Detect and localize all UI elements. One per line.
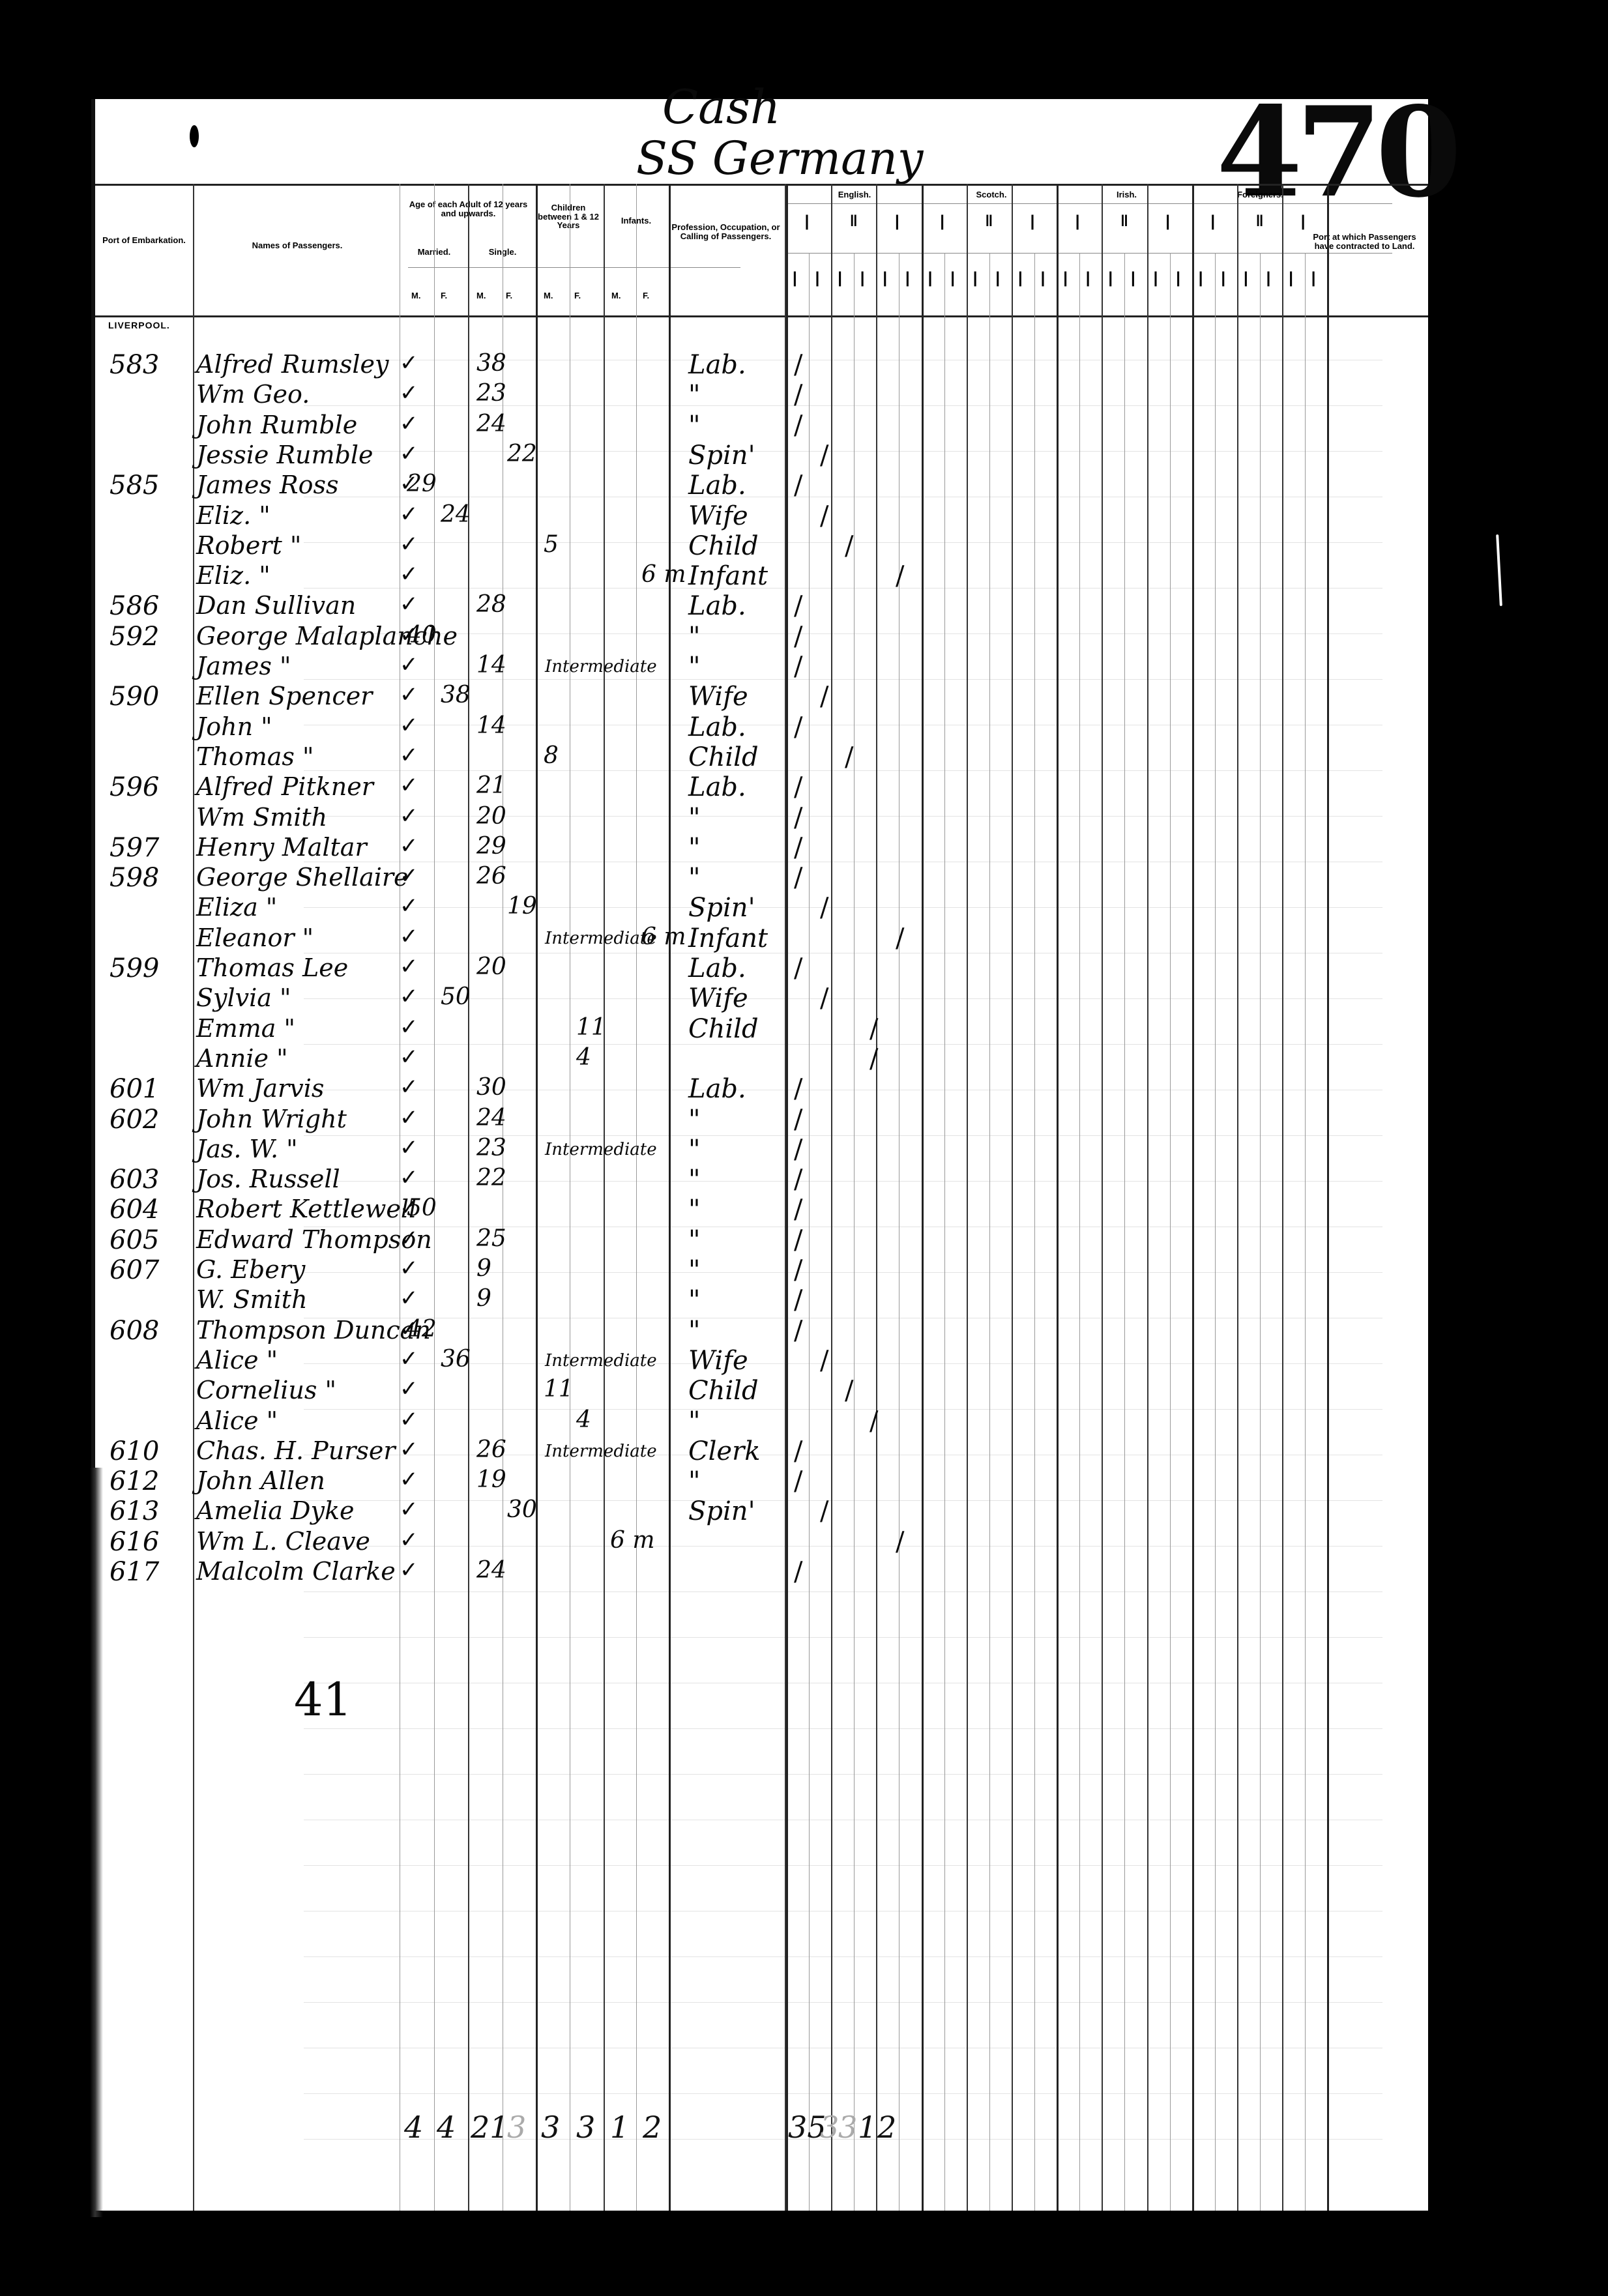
passenger-age: 9 [476,1285,491,1312]
passenger-name: Chas. H. Purser [196,1436,396,1465]
passenger-row: 607G. Ebery✓9"/ [95,1255,1428,1285]
mf-marker: | [1131,270,1135,286]
header-mf-single-f: F. [506,291,512,300]
tally-mark: / [820,1496,828,1526]
tally-mark: / [794,380,802,410]
mf-marker: | [1221,270,1225,286]
ticket-number: 613 [110,1496,159,1526]
passenger-name: John Wright [196,1105,347,1133]
total-english-col5: 2 [877,2110,896,2145]
ticket-number: 608 [110,1316,159,1346]
check-mark: ✓ [400,1466,418,1492]
check-mark: ✓ [400,1105,418,1131]
header-bottom-rule [95,315,1428,317]
ticket-number: 603 [110,1165,159,1195]
total-married-f: 4 [437,2110,456,2145]
occupation: " [688,1225,700,1255]
class-note: Intermediate [545,1140,657,1159]
passenger-age: 22 [476,1165,506,1191]
ledger-rule [304,1637,1382,1638]
check-mark: ✓ [400,350,418,376]
check-mark: ✓ [400,531,418,557]
mf-marker: | [995,270,1000,286]
passenger-row: 586Dan Sullivan✓28Lab./ [95,591,1428,621]
passenger-age: 14 [476,652,506,678]
check-mark: ✓ [400,561,418,587]
passenger-name: G. Ebery [196,1255,305,1284]
mf-marker: | [883,270,887,286]
occupation: Wife [688,682,748,712]
ticket-number: 585 [110,471,159,501]
occupation: " [688,652,700,682]
occupation: Infant [688,923,768,953]
passenger-name: John Allen [196,1466,325,1495]
passenger-name: John Rumble [196,411,357,439]
tally-mark: / [845,1376,853,1406]
mf-marker: | [1154,270,1158,286]
header-top-rule [95,184,1428,186]
tally-mark: / [794,1255,802,1285]
passenger-age: 50 [441,983,471,1010]
passenger-age: 30 [507,1496,537,1523]
ticket-number: 607 [110,1255,159,1285]
occupation: Lab. [688,350,746,380]
mf-marker: | [1018,270,1023,286]
passenger-name: Eliz. " [196,501,270,530]
occupation: Child [688,742,759,772]
check-mark: ✓ [400,652,418,678]
occupation: Spin' [688,1496,755,1526]
passenger-name: George Shellaire [196,863,409,892]
header-profession: Profession, Occupation, or Calling of Pa… [669,223,783,240]
passenger-name: Alice " [196,1406,278,1435]
passenger-name: Ellen Spencer [196,682,372,710]
check-mark: ✓ [400,923,418,950]
header-names: Names of Passengers. [196,241,398,250]
occupation: Child [688,1376,759,1406]
tally-mark: / [820,1346,828,1376]
nationality-subcol-marker: | [1301,213,1306,229]
check-mark: ✓ [400,411,418,437]
passenger-age: 24 [476,1105,506,1131]
mf-marker: | [1176,270,1180,286]
header-foreigners: Foreigners. [1193,190,1327,199]
passenger-row: 602John Wright✓24"/ [95,1105,1428,1135]
passenger-name: W. Smith [196,1285,308,1314]
passenger-age: 20 [476,803,506,830]
check-mark: ✓ [400,772,418,798]
passenger-age: 23 [476,380,506,407]
check-mark: ✓ [400,1044,418,1070]
passenger-row: Emma "✓11Child/ [95,1014,1428,1044]
occupation: " [688,1316,700,1346]
scanner-margin-mark [1496,534,1502,606]
passenger-row: John Rumble✓24"/ [95,411,1428,441]
check-mark: ✓ [400,742,418,768]
passenger-row: Robert "✓5Child/ [95,531,1428,561]
port-section-label: LIVERPOOL. [108,321,170,330]
passenger-age: 24 [476,1557,506,1584]
passenger-age: 28 [476,591,506,618]
passenger-row: Alice "✓36IntermediateWife/ [95,1346,1428,1376]
check-mark: ✓ [400,1527,418,1553]
passenger-age: 29 [407,471,437,497]
ticket-number: 583 [110,350,159,380]
ledger-rule [304,1820,1382,1820]
mf-marker: | [1041,270,1045,286]
passenger-age: 25 [476,1225,506,1252]
tally-mark: / [870,1406,878,1436]
passenger-row: 596Alfred Pitkner✓21Lab./ [95,772,1428,802]
total-married-m: 4 [404,2110,423,2145]
passenger-age: 11 [576,1014,606,1041]
mf-marker: | [950,270,955,286]
occupation: " [688,863,700,893]
passenger-name: Eliz. " [196,561,270,590]
passenger-row: 592George Malaplanche✓40"/ [95,622,1428,652]
column-totals: 4 4 21 3 3 3 1 2 35 3 3 1 2 [95,2110,1428,2149]
passenger-age: 9 [476,1255,491,1282]
passenger-name: Thomas " [196,742,314,771]
total-english-col3: 3 [838,2110,857,2145]
occupation: " [688,833,700,863]
header-mf-single-m: M. [476,291,486,300]
ticket-number: 592 [110,622,159,652]
passenger-row: 585James Ross✓29Lab./ [95,471,1428,501]
passenger-age: 20 [476,953,506,980]
mf-marker: | [1289,270,1293,286]
mf-marker: | [973,270,978,286]
passenger-age: 26 [476,1436,506,1463]
mf-marker: | [1266,270,1271,286]
ship-name: SS Germany [636,132,923,185]
passenger-age: 21 [476,772,506,799]
nationality-subcol-marker: ‖ [850,213,858,229]
ledger-rule [304,1956,1382,1957]
mf-marker: | [1108,270,1113,286]
ticket-number: 586 [110,591,159,621]
tally-mark: / [794,772,802,802]
mf-marker: | [793,270,797,286]
class-note: Intermediate [545,657,657,676]
check-mark: ✓ [400,1436,418,1462]
passenger-row: Eleanor "✓6 mIntermediateInfant/ [95,923,1428,953]
passenger-row: 610Chas. H. Purser✓26IntermediateClerk/ [95,1436,1428,1466]
check-mark: ✓ [400,1406,418,1432]
passenger-name: Eleanor " [196,923,314,952]
passenger-row: 608Thompson Duncan✓42"/ [95,1316,1428,1346]
passenger-name: Wm L. Cleave [196,1527,370,1556]
occupation: Lab. [688,772,746,802]
check-mark: ✓ [400,803,418,829]
occupation: Infant [688,561,768,591]
passenger-row: Wm Geo.✓23"/ [95,380,1428,410]
total-infant-m: 1 [610,2110,629,2145]
passenger-row: Annie "✓4/ [95,1044,1428,1074]
class-note: Intermediate [545,1442,657,1461]
passenger-row: John "✓14Lab./ [95,712,1428,742]
total-english-col4: 1 [858,2110,877,2145]
passenger-row: 603Jos. Russell✓22"/ [95,1165,1428,1195]
tally-mark: / [896,923,904,953]
nationality-subcol-marker: | [940,213,944,229]
passenger-name: John " [196,712,272,741]
check-mark: ✓ [400,1557,418,1583]
passenger-name: Wm Jarvis [196,1074,324,1103]
class-note: Intermediate [545,929,657,948]
tally-mark: / [794,1225,802,1255]
nationality-subcol-marker: ‖ [1120,213,1128,229]
ticket-number: 596 [110,772,159,802]
passenger-row: 612John Allen✓19"/ [95,1466,1428,1496]
passenger-row: Eliz. "✓24Wife/ [95,501,1428,531]
occupation: " [688,411,700,441]
passenger-name: Annie " [196,1044,288,1073]
header-scotch: Scotch. [923,190,1060,199]
tally-mark: / [794,953,802,983]
total-child-f: 3 [576,2110,595,2145]
passenger-row: 617Malcolm Clarke✓24/ [95,1557,1428,1587]
tally-mark: / [870,1014,878,1044]
ledger-rule [304,2048,1382,2048]
occupation: " [688,1165,700,1195]
passenger-age: 24 [476,411,506,437]
passenger-age: 19 [476,1466,506,1493]
occupation: Lab. [688,712,746,742]
passenger-row: Eliz. "✓6 mInfant/ [95,561,1428,591]
occupation: Clerk [688,1436,760,1466]
header-mf-infant-f: F. [643,291,649,300]
tally-mark: / [794,803,802,833]
check-mark: ✓ [400,1496,418,1522]
nationality-subcol-marker: | [1031,213,1035,229]
passenger-row: James "✓14Intermediate"/ [95,652,1428,682]
tally-mark: / [794,1466,802,1496]
occupation: Spin' [688,441,755,471]
passenger-name: Dan Sullivan [196,591,356,620]
passenger-name: Wm Geo. [196,380,310,409]
header-mf-child-f: F. [574,291,581,300]
nationality-subcol-marker: | [1165,213,1170,229]
check-mark: ✓ [400,712,418,738]
ticket-number: 616 [110,1527,159,1557]
passenger-row: Thomas "✓8Child/ [95,742,1428,772]
passenger-age: 50 [407,1195,437,1221]
passenger-age: 6 m [641,561,686,588]
passenger-age: 4 [576,1044,591,1071]
passenger-age: 4 [576,1406,591,1433]
occupation: Spin' [688,893,755,923]
tally-mark: / [794,712,802,742]
passenger-name: Cornelius " [196,1376,336,1404]
occupation: Lab. [688,953,746,983]
nationality-subcol-marker: | [1210,213,1215,229]
passenger-row: 605Edward Thompson✓25"/ [95,1225,1428,1255]
tally-mark: / [820,682,828,712]
passenger-name: Sylvia " [196,983,291,1012]
passenger-name: Jessie Rumble [196,441,373,469]
occupation: Child [688,1014,759,1044]
passenger-age: 36 [441,1346,471,1373]
passenger-age: 29 [476,833,506,860]
occupation: Wife [688,501,748,531]
tally-mark: / [794,350,802,380]
mf-marker: | [1086,270,1090,286]
ticket-number: 598 [110,863,159,893]
nationality-subcol-marker: ‖ [985,213,993,229]
passenger-name: James " [196,652,291,680]
tally-mark: / [794,833,802,863]
ticket-number: 610 [110,1436,159,1466]
check-mark: ✓ [400,1346,418,1372]
ledger-rule [304,1774,1382,1775]
passenger-row: 604Robert Kettlewell✓50"/ [95,1195,1428,1225]
passenger-name: Henry Maltar [196,833,367,862]
passenger-row: Jessie Rumble✓22Spin'/ [95,441,1428,471]
passenger-name: Alfred Pitkner [196,772,373,801]
ledger-rule [304,2093,1382,2094]
passenger-age: 42 [407,1316,437,1343]
tally-mark: / [794,591,802,621]
tally-mark: / [794,1557,802,1587]
occupation: " [688,1285,700,1315]
total-english-col2: 3 [820,2110,839,2145]
tally-mark: / [794,1436,802,1466]
header-mf-married-m: M. [411,291,420,300]
passenger-age: 11 [544,1376,574,1402]
mf-marker: | [1063,270,1068,286]
nationality-subcol-marker: ‖ [1256,213,1264,229]
header-children: Children between 1 & 12 Years [536,203,601,230]
ledger-rule [304,1865,1382,1866]
check-mark: ✓ [400,833,418,859]
passenger-row: 590Ellen Spencer✓38Wife/ [95,682,1428,712]
check-mark: ✓ [400,893,418,919]
passenger-age: 24 [441,501,471,528]
passenger-row: Sylvia "✓50Wife/ [95,983,1428,1013]
tally-mark: / [896,1527,904,1557]
header-english: English. [786,190,923,199]
nationality-subcol-marker: | [805,213,810,229]
occupation: " [688,1135,700,1165]
tally-mark: / [794,1135,802,1165]
check-mark: ✓ [400,1225,418,1251]
passenger-row: W. Smith✓9"/ [95,1285,1428,1315]
passenger-age: 23 [476,1135,506,1161]
passenger-name: Wm Smith [196,803,327,832]
check-mark: ✓ [400,1135,418,1161]
header-mf-married-f: F. [441,291,447,300]
ledger-rule [304,1728,1382,1729]
occupation: " [688,1466,700,1496]
ticket-number: 617 [110,1557,159,1587]
check-mark: ✓ [400,591,418,617]
check-mark: ✓ [400,1074,418,1100]
passenger-row: 597Henry Maltar✓29"/ [95,833,1428,863]
passenger-row: Eliza "✓19Spin'/ [95,893,1428,923]
total-single-m: 21 [471,2110,509,2145]
tally-mark: / [845,742,853,772]
passenger-row: Jas. W. "✓23Intermediate"/ [95,1135,1428,1165]
passenger-age: 14 [476,712,506,739]
tally-mark: / [794,1165,802,1195]
passenger-row: Cornelius "✓11Child/ [95,1376,1428,1406]
check-mark: ✓ [400,1165,418,1191]
passenger-name: Robert Kettlewell [196,1195,417,1223]
passenger-name: Jos. Russell [196,1165,340,1193]
nationality-subcol-marker: | [895,213,899,229]
passenger-row: 599Thomas Lee✓20Lab./ [95,953,1428,983]
header-port-of-embarkation: Port of Embarkation. [95,236,193,245]
check-mark: ✓ [400,953,418,980]
mf-marker: | [838,270,842,286]
passenger-age: 8 [544,742,559,769]
passenger-name: Thompson Duncan [196,1316,431,1344]
total-infant-f: 2 [643,2110,662,2145]
tally-mark: / [870,1044,878,1074]
total-single-f: 3 [507,2110,526,2145]
passenger-row: 613Amelia Dyke✓30Spin'/ [95,1496,1428,1526]
check-mark: ✓ [400,1285,418,1311]
mf-marker: | [815,270,820,286]
occupation: " [688,803,700,833]
header-mid-rule-ages [408,267,740,268]
ticket-number: 599 [110,953,159,983]
occupation: Lab. [688,471,746,501]
check-mark: ✓ [400,501,418,527]
mf-marker: | [1244,270,1248,286]
passenger-age: 40 [407,622,437,648]
tally-mark: / [896,561,904,591]
passenger-name: Alfred Rumsley [196,350,388,379]
passenger-age: 38 [476,350,506,377]
ticket-number: 590 [110,682,159,712]
occupation: Lab. [688,591,746,621]
ticket-number: 612 [110,1466,159,1496]
tally-mark: / [794,622,802,652]
ticket-number: 602 [110,1105,159,1135]
passenger-name: James Ross [196,471,338,499]
nationality-subcol-marker: | [1075,213,1080,229]
mf-marker: | [1311,270,1316,286]
tally-mark: / [820,441,828,471]
occupation: " [688,380,700,410]
mf-marker: | [928,270,933,286]
check-mark: ✓ [400,380,418,406]
header-irish: Irish. [1060,190,1193,199]
ledger-rule [304,1591,1382,1592]
tally-mark: / [794,471,802,501]
passenger-name: Amelia Dyke [196,1496,354,1525]
ticket-number: 605 [110,1225,159,1255]
ledger-rule [304,1683,1382,1683]
passenger-age: 30 [476,1074,506,1101]
tally-mark: / [794,863,802,893]
tally-mark: / [794,1285,802,1315]
occupation: Child [688,531,759,561]
ticket-number: 597 [110,833,159,863]
mf-marker: | [1199,270,1203,286]
occupation: Wife [688,983,748,1013]
occupation: " [688,1105,700,1135]
tally-mark: / [794,652,802,682]
mf-marker: | [860,270,865,286]
passenger-age: 22 [507,441,537,467]
tally-mark: / [794,1195,802,1225]
tally-mark: / [845,531,853,561]
tally-mark: / [794,1074,802,1104]
tally-mark: / [820,893,828,923]
